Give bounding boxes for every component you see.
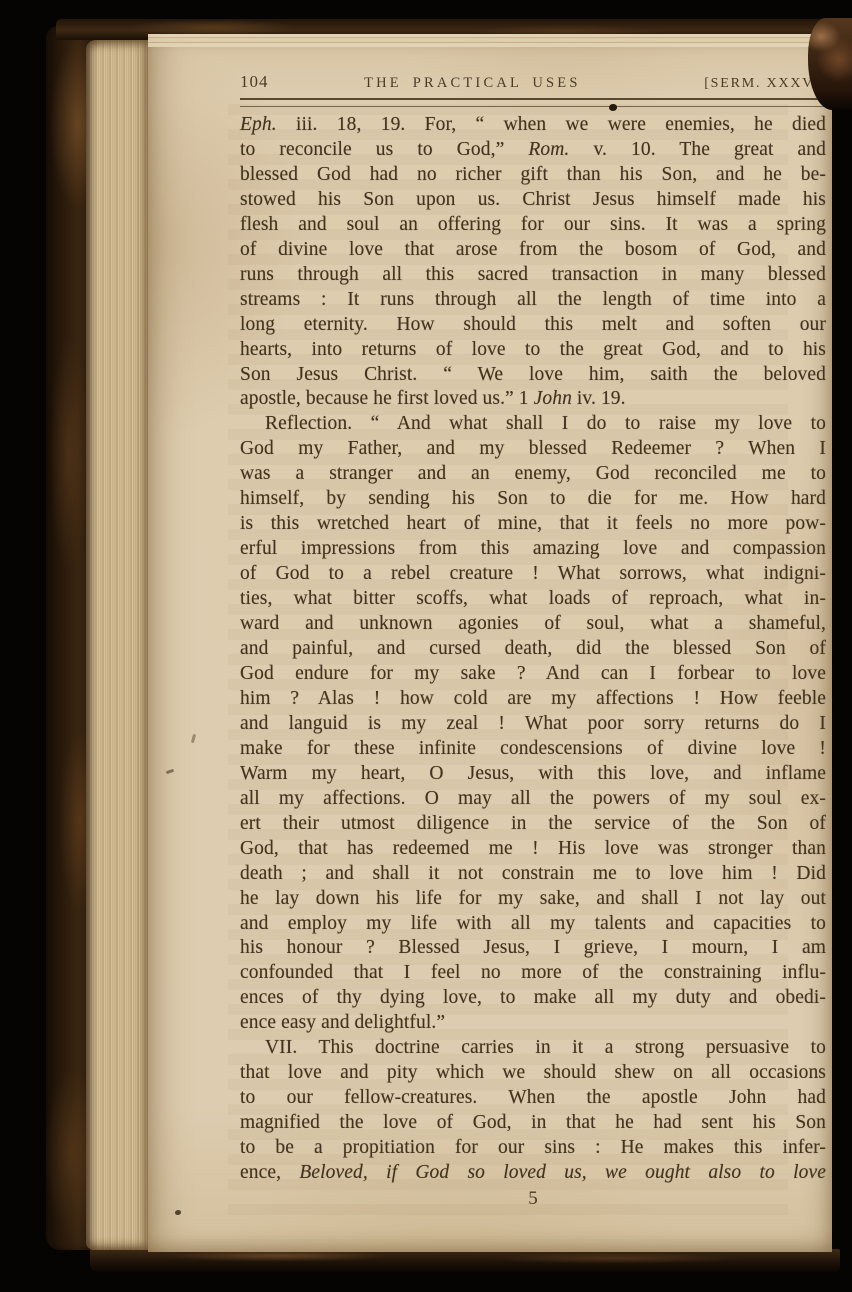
text-line: of divine love that arose from the bosom…	[240, 238, 826, 263]
foxing-speck	[175, 1210, 181, 1215]
text-line: death ; and shall it not constrain me to…	[240, 862, 826, 887]
book-photo: 104 THE PRACTICAL USES [SERM. XXXVI. Eph…	[0, 0, 852, 1292]
text-line: to be a propitiation for our sins : He m…	[240, 1136, 826, 1161]
signature-mark: 5	[240, 1188, 826, 1210]
text-line: confounded that I feel no more of the co…	[240, 961, 826, 986]
text-line: and languid is my zeal ! What poor sorry…	[240, 712, 826, 737]
book-cover-corner	[808, 18, 852, 110]
page-number: 104	[240, 72, 269, 92]
text-line: Warm my heart, O Jesus, with this love, …	[240, 762, 826, 787]
fore-edge-pages	[86, 40, 150, 1250]
text-line: that love and pity which we should shew …	[240, 1061, 826, 1086]
text-line: ert their utmost diligence in the servic…	[240, 812, 826, 837]
text-line: and employ my life with all my talents a…	[240, 912, 826, 937]
text-line: Eph. iii. 18, 19. For, “ when we were en…	[240, 113, 826, 138]
text-line: himself, by sending his Son to die for m…	[240, 487, 826, 512]
text-line: make for these infinite condescensions o…	[240, 737, 826, 762]
text-line: was a stranger and an enemy, God reconci…	[240, 462, 826, 487]
text-line: stowed his Son upon us. Christ Jesus him…	[240, 188, 826, 213]
text-line: Reflection. “ And what shall I do to rai…	[240, 412, 826, 437]
text-line: his honour ? Blessed Jesus, I grieve, I …	[240, 936, 826, 961]
text-line: streams : It runs through all the length…	[240, 288, 826, 313]
running-title: THE PRACTICAL USES	[364, 75, 581, 92]
margin-mark	[191, 734, 196, 743]
text-line: VII. This doctrine carries in it a stron…	[240, 1036, 826, 1061]
text-line: ties, what bitter scoffs, what loads of …	[240, 587, 826, 612]
page-header: 104 THE PRACTICAL USES [SERM. XXXVI.	[240, 72, 826, 95]
text-line: ence easy and delightful.”	[240, 1011, 826, 1036]
text-line: to our fellow-creatures. When the apostl…	[240, 1086, 826, 1111]
text-line: Son Jesus Christ. “ We love him, saith t…	[240, 363, 826, 388]
text-line: ward and unknown agonies of soul, what a…	[240, 612, 826, 637]
text-line: God my Father, and my blessed Redeemer ?…	[240, 437, 826, 462]
text-lines: Eph. iii. 18, 19. For, “ when we were en…	[240, 113, 826, 1186]
header-rule	[240, 98, 826, 107]
text-line: apostle, because he first loved us.” 1 J…	[240, 387, 826, 412]
book-page: 104 THE PRACTICAL USES [SERM. XXXVI. Eph…	[148, 34, 832, 1252]
text-line: runs through all this sacred transaction…	[240, 263, 826, 288]
text-line: God endure for my sake ? And can I forbe…	[240, 662, 826, 687]
book-cover-bottom-edge	[90, 1249, 840, 1272]
text-line: ences of thy dying love, to make all my …	[240, 986, 826, 1011]
text-line: is this wretched heart of mine, that it …	[240, 512, 826, 537]
text-line: God, that has redeemed me ! His love was…	[240, 837, 826, 862]
text-line: of God to a rebel creature ! What sorrow…	[240, 562, 826, 587]
text-line: hearts, into returns of love to the grea…	[240, 338, 826, 363]
text-line: to reconcile us to God,” Rom. v. 10. The…	[240, 138, 826, 163]
section-label: [SERM. XXXVI.	[704, 76, 826, 92]
text-line: ence, Beloved, if God so loved us, we ou…	[240, 1161, 826, 1186]
text-line: magnified the love of God, in that he ha…	[240, 1111, 826, 1136]
text-line: erful impressions from this amazing love…	[240, 537, 826, 562]
text-block: 104 THE PRACTICAL USES [SERM. XXXVI. Eph…	[240, 72, 826, 1210]
text-line: and painful, and cursed death, did the b…	[240, 637, 826, 662]
page-top-edges	[148, 34, 832, 47]
text-line: him ? Alas ! how cold are my affections …	[240, 687, 826, 712]
text-line: all my affections. O may all the powers …	[240, 787, 826, 812]
ink-dot-ornament	[609, 104, 617, 111]
text-line: he lay down his life for my sake, and sh…	[240, 887, 826, 912]
text-line: blessed God had no richer gift than his …	[240, 163, 826, 188]
text-line: long eternity. How should this melt and …	[240, 313, 826, 338]
margin-mark	[166, 769, 175, 774]
text-line: flesh and soul an offering for our sins.…	[240, 213, 826, 238]
